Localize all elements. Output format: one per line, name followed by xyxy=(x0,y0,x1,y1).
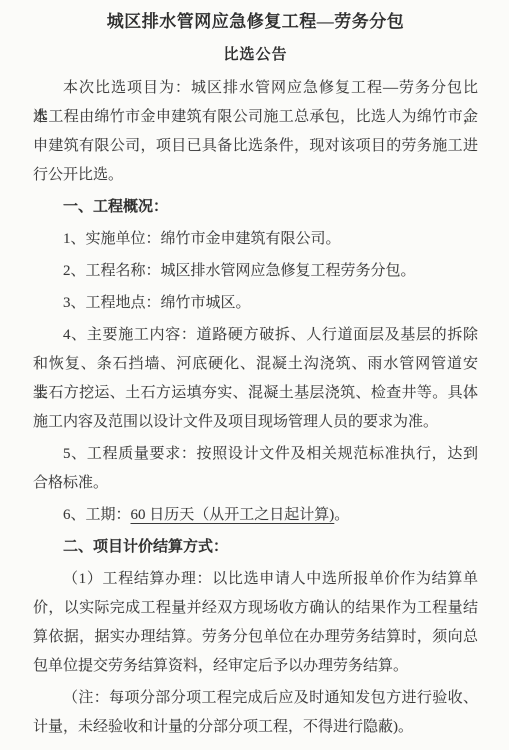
item-4-main-construction-content-line-3: 土石方挖运、土石方运填夯实、混凝土基层浇筑、检查井等。具体 xyxy=(33,379,478,408)
underlined-text: 60 日历天（从开工之日起计算) xyxy=(131,507,335,523)
text-segment: 。 xyxy=(334,507,349,523)
section-2-heading-line-1: 二、项目计价结算方式： xyxy=(33,533,478,562)
item-4-main-construction-content-line-2: 和恢复、条石挡墙、河底硬化、混凝土沟浇筑、雨水管网管道安装、 xyxy=(33,350,478,379)
item-1-implementing-unit-line-1: 1、实施单位：绵竹市金申建筑有限公司。 xyxy=(33,225,478,254)
item-4-main-construction-content-line-4: 施工内容及范围以设计文件及项目现场管理人员的要求为准。 xyxy=(33,408,478,437)
intro-paragraph-line-4: 行公开比选。 xyxy=(33,161,478,190)
item-5-quality-requirement-line-2: 合格标准。 xyxy=(33,469,478,498)
document-page: 城区排水管网应急修复工程—劳务分包 比选公告 本次比选项目为：城区排水管网应急修… xyxy=(0,0,509,750)
item-5-quality-requirement-line-1: 5、工程质量要求：按照设计文件及相关规范标准执行，达到 xyxy=(33,440,478,469)
intro-paragraph-line-1: 本次比选项目为：城区排水管网应急修复工程—劳务分包比选， xyxy=(33,74,478,103)
item-5-quality-requirement: 5、工程质量要求：按照设计文件及相关规范标准执行，达到合格标准。 xyxy=(33,440,478,498)
item-6-construction-period-line-1: 6、工期：60 日历天（从开工之日起计算)。 xyxy=(33,501,478,530)
item-3-project-location: 3、工程地点：绵竹市城区。 xyxy=(33,289,478,318)
section-2-heading: 二、项目计价结算方式： xyxy=(33,533,478,562)
item-3-project-location-line-1: 3、工程地点：绵竹市城区。 xyxy=(33,289,478,318)
intro-paragraph: 本次比选项目为：城区排水管网应急修复工程—劳务分包比选，本工程由绵竹市金申建筑有… xyxy=(33,74,478,190)
document-subtitle: 比选公告 xyxy=(33,44,478,66)
document-title: 城区排水管网应急修复工程—劳务分包 xyxy=(33,10,478,34)
document-body: 本次比选项目为：城区排水管网应急修复工程—劳务分包比选，本工程由绵竹市金申建筑有… xyxy=(33,74,478,742)
intro-paragraph-line-3: 申建筑有限公司，项目已具备比选条件，现对该项目的劳务施工进 xyxy=(33,132,478,161)
item-6-construction-period: 6、工期：60 日历天（从开工之日起计算)。 xyxy=(33,501,478,530)
item-2-1-settlement-line-2: 价，以实际完成工程量并经双方现场收方确认的结果作为工程量结 xyxy=(33,594,478,623)
item-1-implementing-unit: 1、实施单位：绵竹市金申建筑有限公司。 xyxy=(33,225,478,254)
text-segment: 6、工期： xyxy=(63,507,131,523)
section-1-heading-line-1: 一、工程概况： xyxy=(33,193,478,222)
item-2-1-settlement-line-3: 算依据，据实办理结算。劳务分包单位在办理劳务结算时，须向总 xyxy=(33,623,478,652)
note-paragraph: （注：每项分部分项工程完成后应及时通知发包方进行验收、计量，未经验收和计量的分部… xyxy=(33,684,478,742)
item-4-main-construction-content: 4、主要施工内容：道路硬方破拆、人行道面层及基层的拆除和恢复、条石挡墙、河底硬化… xyxy=(33,321,478,437)
item-2-project-name-line-1: 2、工程名称：城区排水管网应急修复工程劳务分包。 xyxy=(33,257,478,286)
item-2-1-settlement-line-1: （1）工程结算办理：以比选申请人中选所报单价作为结算单 xyxy=(33,565,478,594)
section-1-heading: 一、工程概况： xyxy=(33,193,478,222)
note-paragraph-line-1: （注：每项分部分项工程完成后应及时通知发包方进行验收、 xyxy=(33,684,478,713)
item-4-main-construction-content-line-1: 4、主要施工内容：道路硬方破拆、人行道面层及基层的拆除 xyxy=(33,321,478,350)
intro-paragraph-line-2: 本工程由绵竹市金申建筑有限公司施工总承包，比选人为绵竹市金 xyxy=(33,103,478,132)
item-2-1-settlement-line-4: 包单位提交劳务结算资料，经审定后予以办理劳务结算。 xyxy=(33,652,478,681)
item-2-project-name: 2、工程名称：城区排水管网应急修复工程劳务分包。 xyxy=(33,257,478,286)
item-2-1-settlement: （1）工程结算办理：以比选申请人中选所报单价作为结算单价，以实际完成工程量并经双… xyxy=(33,565,478,681)
note-paragraph-line-2: 计量，未经验收和计量的分部分项工程，不得进行隐蔽)。 xyxy=(33,713,478,742)
